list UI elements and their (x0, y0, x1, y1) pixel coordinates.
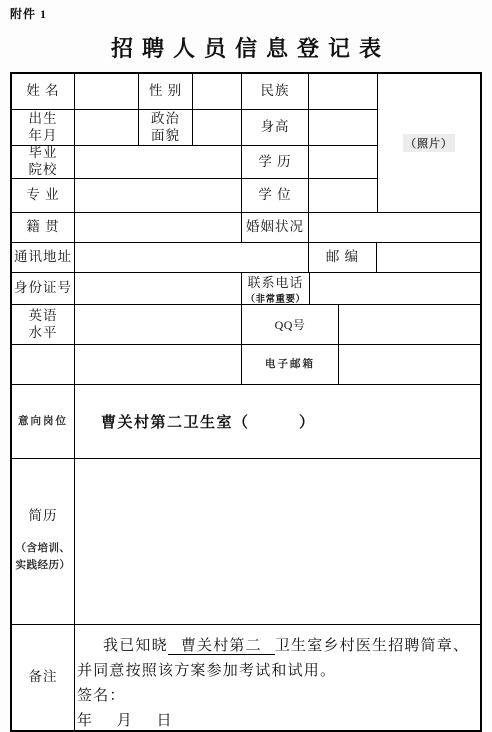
table-row: 英语 水平 QQ号 (12, 305, 480, 345)
intended-position-value: 曹关村第二卫生室（ ） (75, 385, 480, 458)
height-label: 身高 (242, 110, 309, 145)
empty-label-cell (12, 345, 75, 384)
registration-form-table: 姓 名 性 别 民族 出生 年月 政治 面貌 (10, 72, 482, 732)
resume-label: 简历 （含培训、 实践经历） (12, 459, 75, 624)
table-row: 电子邮箱 (12, 345, 480, 385)
postcode-value-cell (377, 243, 480, 272)
form-page: 附件 1 招聘人员信息登记表 姓 名 性 别 民族 出生 年月 (0, 0, 492, 732)
resume-value-cell (75, 459, 480, 624)
gender-value-cell (193, 74, 242, 109)
attachment-label: 附件 1 (10, 5, 482, 22)
page-title: 招聘人员信息登记表 (10, 32, 482, 63)
school-label: 毕业 院校 (12, 146, 75, 178)
signature-label: 签名： (77, 684, 126, 709)
major-label: 专 业 (12, 179, 75, 212)
education-label: 学 历 (242, 146, 309, 178)
education-value-cell (309, 146, 377, 178)
school-value-cell (75, 146, 242, 178)
email-label: 电子邮箱 (242, 345, 339, 384)
major-value-cell (75, 179, 242, 212)
table-row: 身份证号 联系电话 （非常重要） (12, 273, 480, 305)
table-top-left: 姓 名 性 别 民族 出生 年月 政治 面貌 (12, 74, 377, 212)
table-row: 通讯地址 邮 编 (12, 243, 480, 273)
table-row: 姓 名 性 别 民族 (12, 74, 377, 110)
email-value-cell (339, 345, 480, 384)
remark-line-2: 并同意按照该方案参加考试和试用。 (77, 659, 336, 684)
id-number-label: 身份证号 (12, 273, 75, 304)
marital-status-label: 婚姻状况 (242, 213, 309, 242)
phone-label: 联系电话 （非常重要） (242, 273, 310, 304)
table-row: 籍 贯 婚姻状况 (12, 213, 480, 243)
underlined-clinic-name: 曹关村第二 (168, 638, 275, 655)
height-value-cell (309, 110, 377, 145)
political-status-label: 政治 面貌 (139, 110, 193, 145)
table-row: 意向岗位 曹关村第二卫生室（ ） (12, 385, 480, 459)
qq-label: QQ号 (242, 305, 339, 344)
english-level-value-cell (75, 305, 242, 344)
qq-value-cell (339, 305, 480, 344)
phone-value-cell (310, 273, 480, 304)
resume-label-text: 简历 (29, 508, 58, 525)
name-label: 姓 名 (12, 74, 75, 109)
english-level-label: 英语 水平 (12, 305, 75, 344)
table-row: 专 业 学 位 (12, 179, 377, 212)
remarks-label: 备注 (12, 625, 75, 730)
date-label: 年 月 日 (77, 709, 174, 730)
birthdate-label: 出生 年月 (12, 110, 75, 145)
marital-status-value-cell (309, 213, 480, 242)
native-place-value-cell (75, 213, 242, 242)
political-status-value-cell (193, 110, 242, 145)
table-row: 备注 我已知晓曹关村第二卫生室乡村医生招聘简章、 并同意按照该方案参加考试和试用… (12, 625, 480, 730)
address-value-cell (75, 243, 309, 272)
photo-cell: （照片） (377, 74, 480, 212)
table-row: 简历 （含培训、 实践经历） (12, 459, 480, 625)
native-place-label: 籍 贯 (12, 213, 75, 242)
photo-placeholder-label: （照片） (403, 134, 455, 152)
address-label: 通讯地址 (12, 243, 75, 272)
degree-label: 学 位 (242, 179, 309, 212)
empty-value-cell (75, 345, 242, 384)
table-row: 出生 年月 政治 面貌 身高 (12, 110, 377, 146)
remarks-content: 我已知晓曹关村第二卫生室乡村医生招聘简章、 并同意按照该方案参加考试和试用。 签… (75, 625, 480, 730)
degree-value-cell (309, 179, 377, 212)
ethnicity-value-cell (309, 74, 377, 109)
name-value-cell (75, 74, 139, 109)
table-top-section: 姓 名 性 别 民族 出生 年月 政治 面貌 (12, 74, 480, 213)
resume-note: （含培训、 实践经历） (16, 541, 71, 575)
intended-position-label: 意向岗位 (12, 385, 75, 458)
id-number-value-cell (75, 273, 242, 304)
gender-label: 性 别 (139, 74, 193, 109)
table-row: 毕业 院校 学 历 (12, 146, 377, 179)
postcode-label: 邮 编 (309, 243, 377, 272)
ethnicity-label: 民族 (242, 74, 309, 109)
remark-line-1: 我已知晓曹关村第二卫生室乡村医生招聘简章、 (77, 634, 469, 659)
birthdate-value-cell (75, 110, 139, 145)
